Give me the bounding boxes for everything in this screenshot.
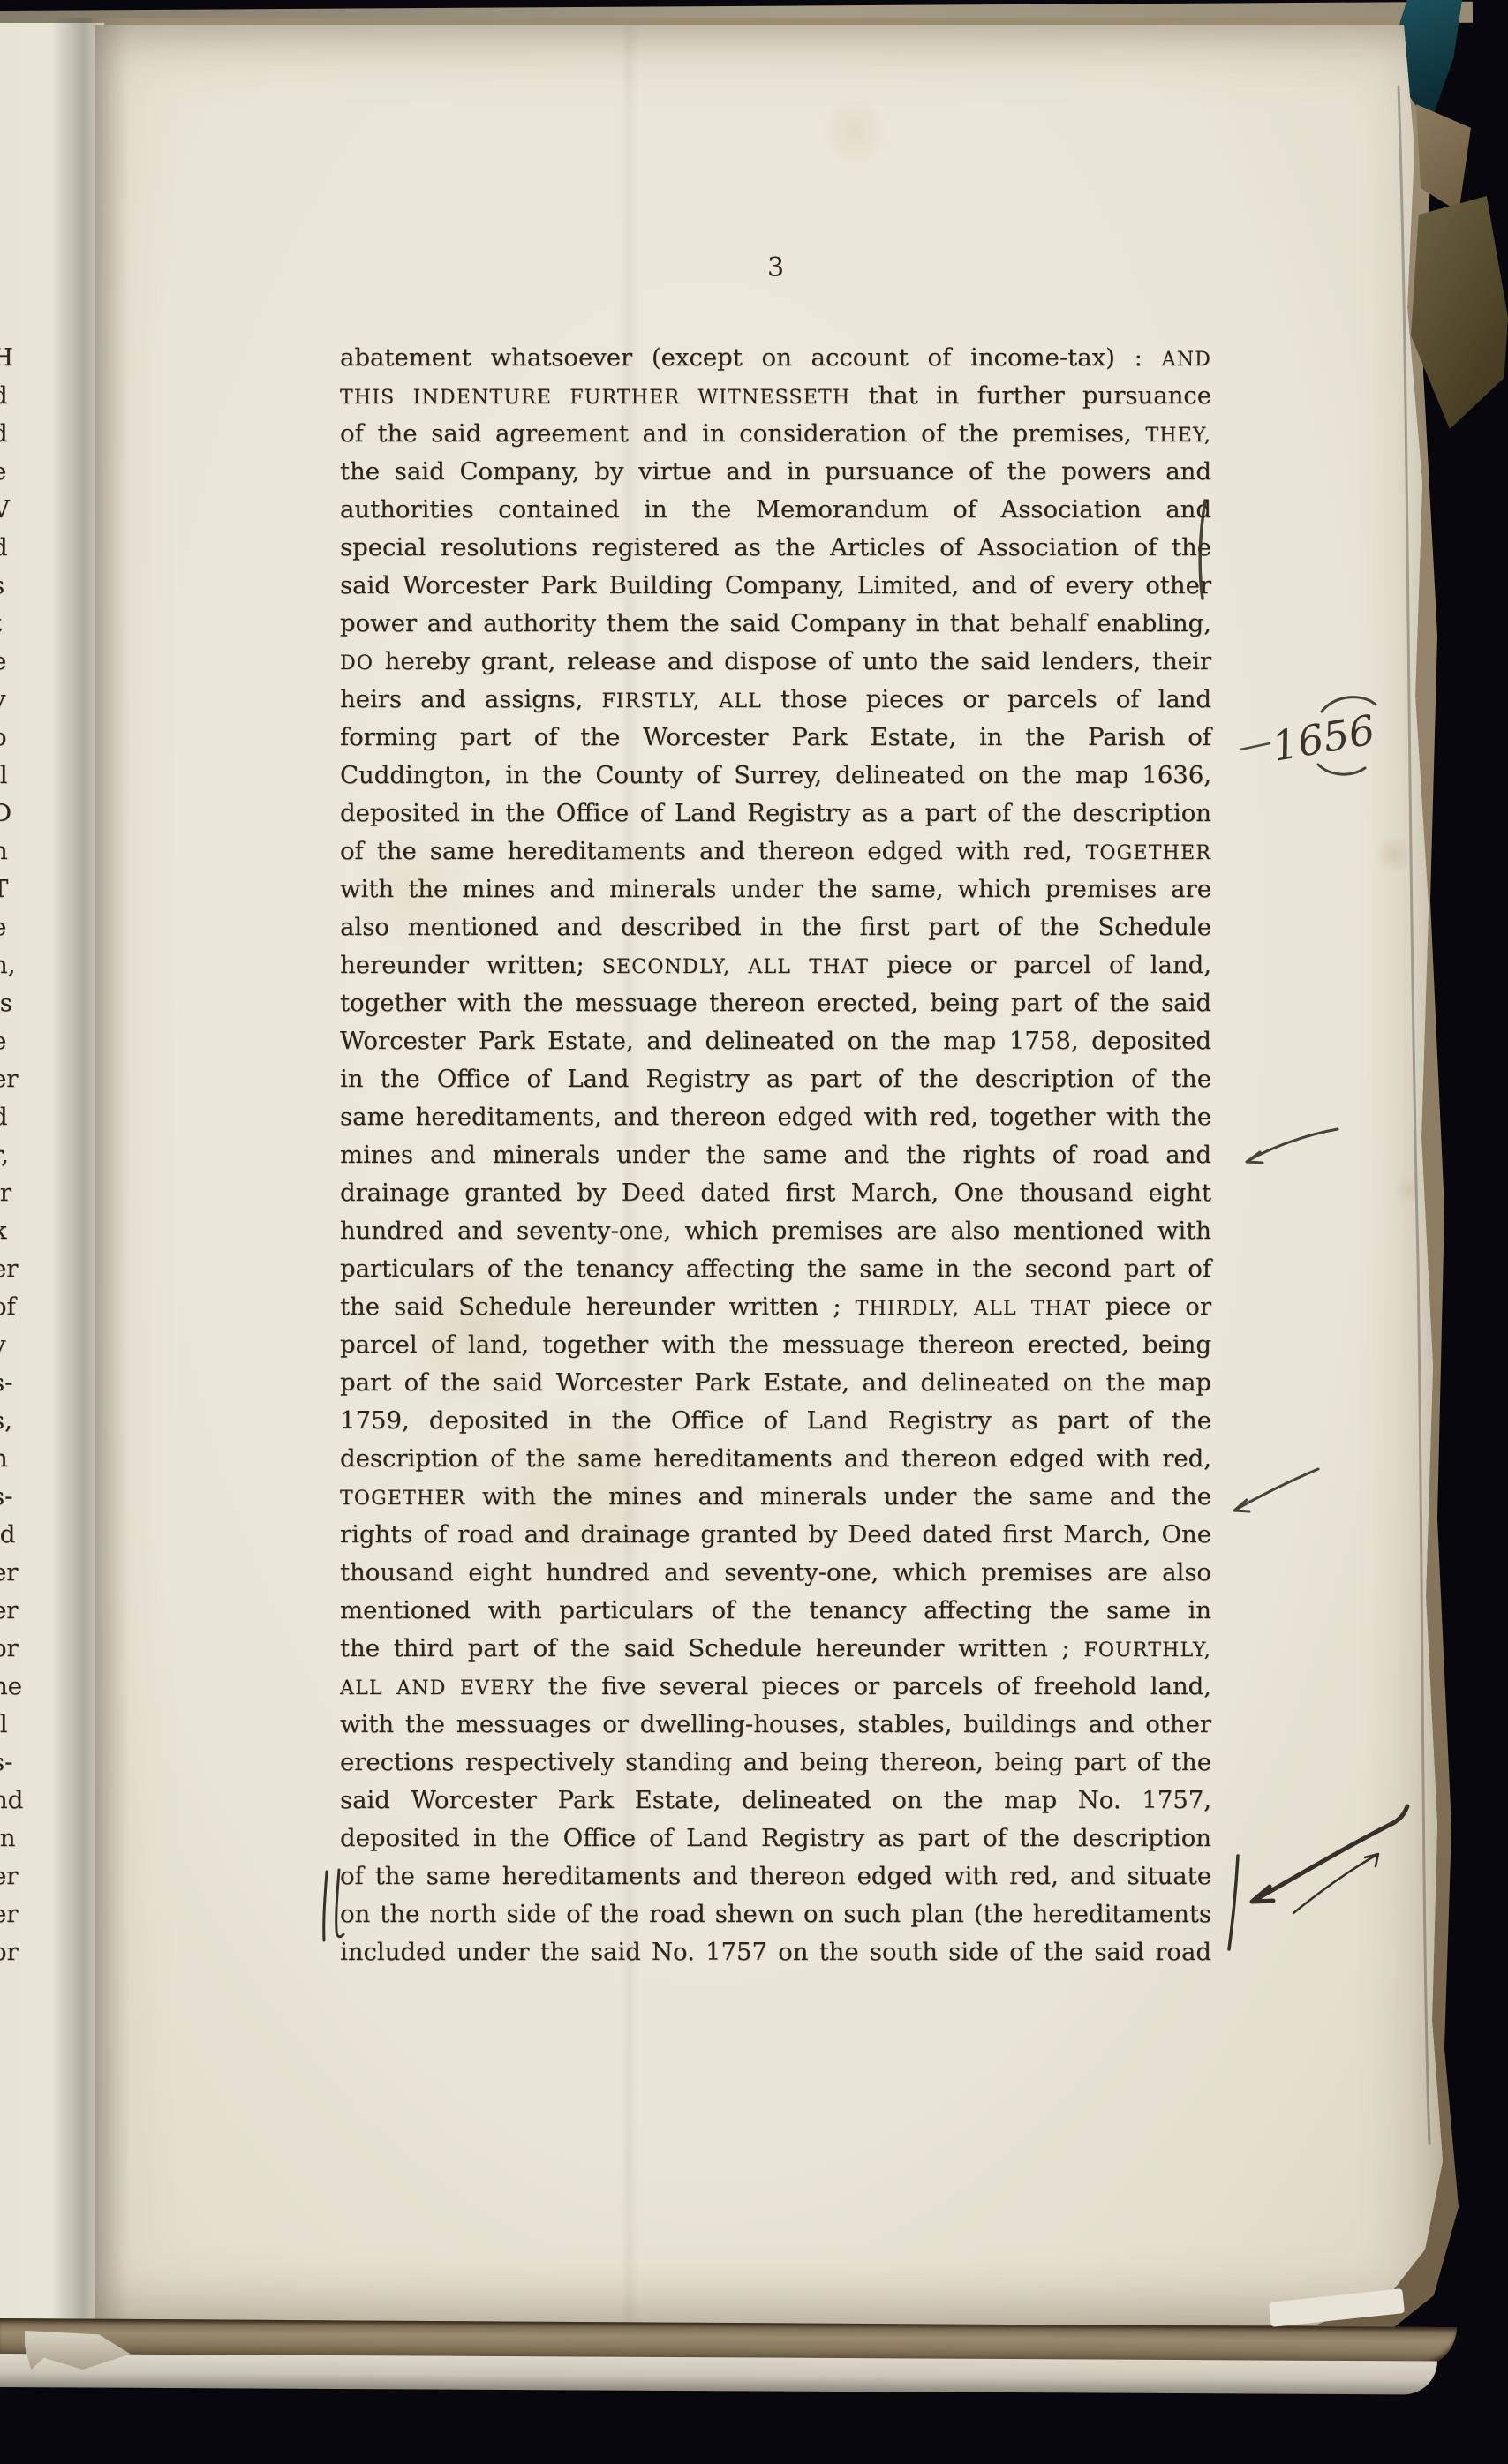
text-fragment: nd: [0, 1782, 31, 1820]
arrow-mark-2: [1234, 1469, 1318, 1511]
text-line: abatement whatsoever (except on account …: [340, 339, 1211, 377]
text-fragment: ne: [0, 1668, 31, 1706]
text-line: heirs and assigns, FIRSTLY, ALL those pi…: [340, 681, 1211, 719]
text-fragment: ll: [0, 757, 31, 795]
handwritten-number: 1656: [1269, 705, 1379, 771]
text-fragment: s-: [0, 1744, 31, 1782]
text-line: parcel of land, together with the messua…: [340, 1326, 1211, 1364]
text-line: the said Company, by virtue and in pursu…: [340, 453, 1211, 491]
text-fragment: s,: [0, 1402, 31, 1440]
margin-line-mark-2: [1229, 1856, 1238, 1949]
text-fragment: n,: [0, 946, 31, 984]
text-fragment: is: [0, 984, 31, 1022]
text-fragment: V: [0, 491, 31, 529]
text-fragment: t: [0, 605, 31, 643]
text-line: erections respectively standing and bein…: [340, 1744, 1211, 1782]
text-line: in the Office of Land Registry as part o…: [340, 1060, 1211, 1098]
text-line: mentioned with particulars of the tenanc…: [340, 1592, 1211, 1630]
text-line: THIS INDENTURE FURTHER WITNESSETH that i…: [340, 377, 1211, 415]
gutter-shadow: [51, 18, 129, 2325]
text-line: 1759, deposited in the Office of Land Re…: [340, 1402, 1211, 1440]
text-fragment: or: [0, 1933, 31, 1971]
text-line: together with the messuage thereon erect…: [340, 984, 1211, 1022]
text-fragment: o: [0, 719, 31, 757]
text-line: same hereditaments, and thereon edged wi…: [340, 1098, 1211, 1136]
text-fragment: e: [0, 908, 31, 946]
arrow-mark-1: [1247, 1129, 1338, 1163]
text-line: of the same hereditaments and thereon ed…: [340, 833, 1211, 870]
text-line: rights of road and drainage granted by D…: [340, 1516, 1211, 1554]
text-fragment: ir: [0, 1174, 31, 1212]
text-fragment: d: [0, 377, 31, 415]
arrow-mark-4: [1293, 1854, 1378, 1913]
text-line: of the said agreement and in considerati…: [340, 415, 1211, 453]
deed-text: abatement whatsoever (except on account …: [340, 339, 1211, 1971]
book-scan: HddeVdsteyollDhTen,iseerdr,irkerofys-s,h…: [0, 0, 1508, 2464]
text-line: power and authority them the said Compan…: [340, 605, 1211, 643]
text-fragment: d: [0, 415, 31, 453]
text-fragment: er: [0, 1895, 31, 1933]
text-line: deposited in the Office of Land Registry…: [340, 1820, 1211, 1857]
text-fragment: d: [0, 529, 31, 567]
text-line: special resolutions registered as the Ar…: [340, 529, 1211, 567]
text-fragment: in: [0, 1820, 31, 1857]
text-fragment: e: [0, 453, 31, 491]
text-fragment: h: [0, 1440, 31, 1478]
text-fragment: y: [0, 1326, 31, 1364]
text-fragment: T: [0, 870, 31, 908]
text-line: mines and minerals under the same and th…: [340, 1136, 1211, 1174]
text-line: with the mines and minerals under the sa…: [340, 870, 1211, 908]
text-line: Cuddington, in the County of Surrey, del…: [340, 757, 1211, 795]
flourish-top: [1322, 697, 1376, 712]
text-fragment: r,: [0, 1136, 31, 1174]
text-fragment: er: [0, 1592, 31, 1630]
text-line: part of the said Worcester Park Estate, …: [340, 1364, 1211, 1402]
text-fragment: s: [0, 567, 31, 605]
text-fragment: s-: [0, 1364, 31, 1402]
text-line: the third part of the said Schedule here…: [340, 1630, 1211, 1668]
text-fragment: of: [0, 1288, 31, 1326]
text-line: authorities contained in the Memorandum …: [340, 491, 1211, 529]
text-line: particulars of the tenancy affecting the…: [340, 1250, 1211, 1288]
text-line: said Worcester Park Building Company, Li…: [340, 567, 1211, 605]
text-line: ALL AND EVERY the five several pieces or…: [340, 1668, 1211, 1706]
text-line: on the north side of the road shewn on s…: [340, 1895, 1211, 1933]
text-line: DO hereby grant, release and dispose of …: [340, 643, 1211, 681]
text-line: deposited in the Office of Land Registry…: [340, 795, 1211, 833]
text-fragment: er: [0, 1857, 31, 1895]
text-line: forming part of the Worcester Park Estat…: [340, 719, 1211, 757]
text-fragment: or: [0, 1630, 31, 1668]
text-line: the said Schedule hereunder written ; TH…: [340, 1288, 1211, 1326]
text-line: of the same hereditaments and thereon ed…: [340, 1857, 1211, 1895]
text-line: said Worcester Park Estate, delineated o…: [340, 1782, 1211, 1820]
text-fragment: e: [0, 1022, 31, 1060]
text-line: hereunder written; SECONDLY, ALL THAT pi…: [340, 946, 1211, 984]
flourish-bottom: [1318, 765, 1365, 774]
text-fragment: y: [0, 681, 31, 719]
page-number: 3: [340, 252, 1211, 283]
text-line: description of the same hereditaments an…: [340, 1440, 1211, 1478]
text-fragment: D: [0, 795, 31, 833]
text-fragment: er: [0, 1554, 31, 1592]
text-fragment: ll: [0, 1706, 31, 1744]
text-fragment: h: [0, 833, 31, 870]
torn-page-fragment: [1411, 196, 1508, 429]
dash-mark: [1240, 743, 1270, 750]
text-line: Worcester Park Estate, and delineated on…: [340, 1022, 1211, 1060]
document-page: 3 abatement whatsoever (except on accoun…: [95, 25, 1451, 2325]
text-fragment: d: [0, 1098, 31, 1136]
text-fragment: er: [0, 1060, 31, 1098]
text-line: drainage granted by Deed dated first Mar…: [340, 1174, 1211, 1212]
text-line: hundred and seventy-one, which premises …: [340, 1212, 1211, 1250]
text-line: included under the said No. 1757 on the …: [340, 1933, 1211, 1971]
text-line: with the messuages or dwelling-houses, s…: [340, 1706, 1211, 1744]
text-line: also mentioned and described in the firs…: [340, 908, 1211, 946]
text-fragment: H: [0, 339, 31, 377]
page-edge-band-light: [0, 2354, 1437, 2395]
text-line: thousand eight hundred and seventy-one, …: [340, 1554, 1211, 1592]
text-fragment: e: [0, 643, 31, 681]
double-tick-mark-1: [324, 1872, 327, 1940]
text-fragment: ld: [0, 1516, 31, 1554]
text-line: TOGETHER with the mines and minerals und…: [340, 1478, 1211, 1516]
text-fragment: k: [0, 1212, 31, 1250]
text-fragment: s-: [0, 1478, 31, 1516]
arrow-mark-3: [1252, 1806, 1407, 1902]
text-fragment: er: [0, 1250, 31, 1288]
facing-page-text-fragments: HddeVdsteyollDhTen,iseerdr,irkerofys-s,h…: [0, 339, 31, 1971]
